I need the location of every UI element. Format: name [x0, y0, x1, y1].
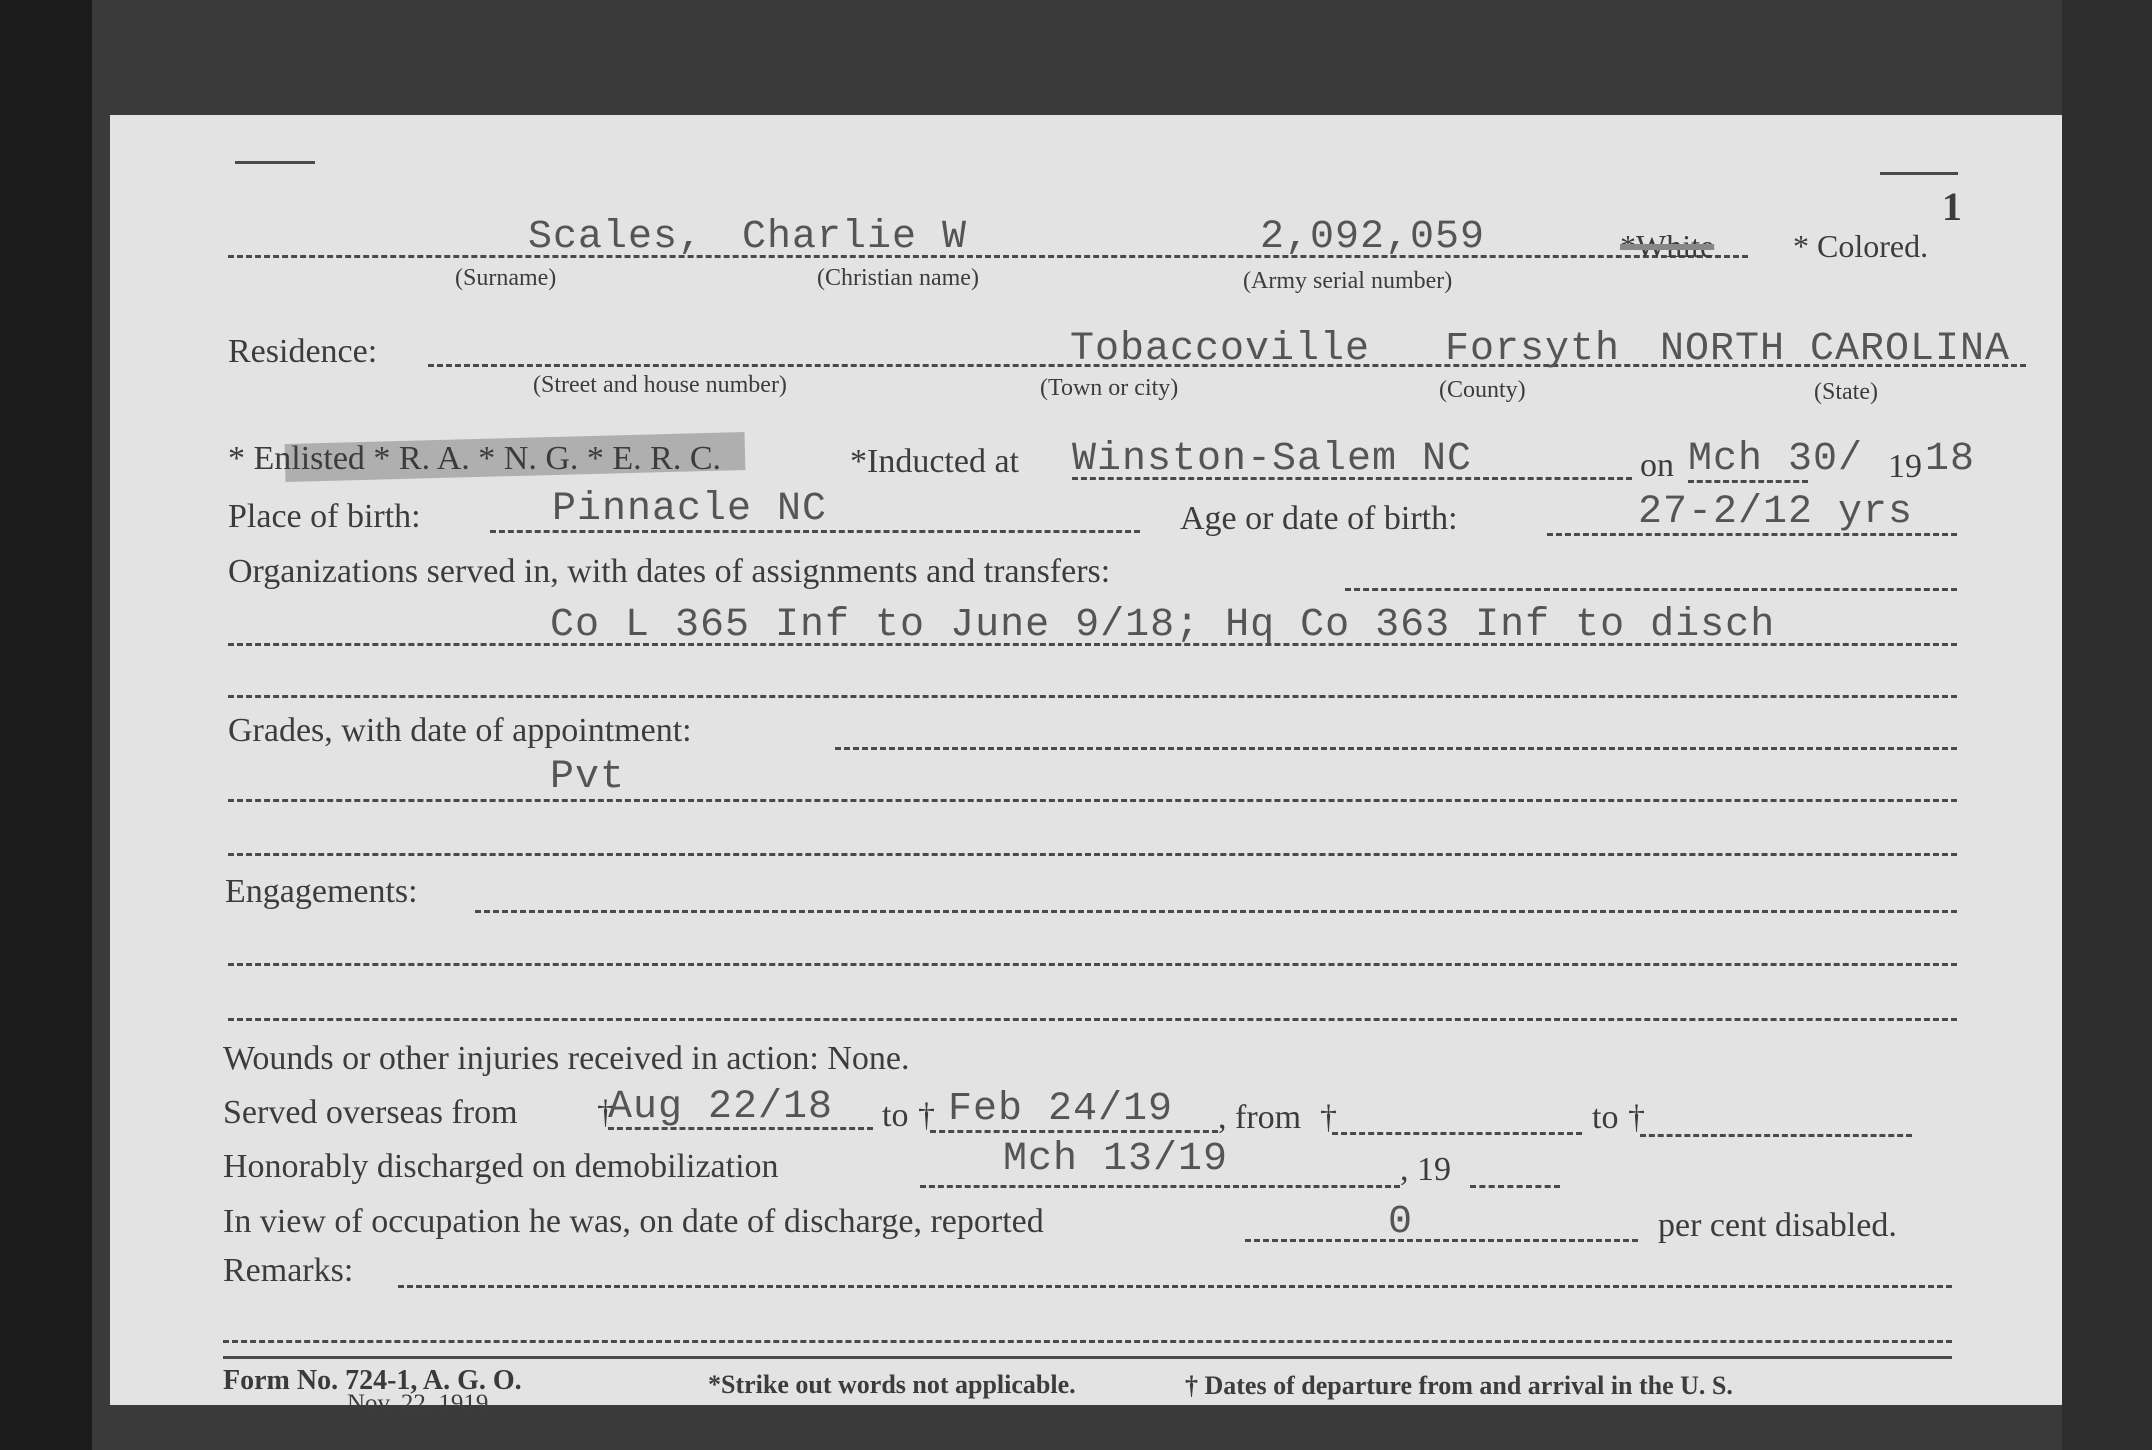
- age-value: 27-2/12 yrs: [1638, 490, 1913, 535]
- street-label: (Street and house number): [533, 372, 787, 399]
- overseas-to2-line: [1640, 1134, 1912, 1137]
- engagements-line-2: [228, 963, 1957, 966]
- surname-value: Scales,: [528, 215, 703, 260]
- service-record-card: 1 Scales, Charlie W 2,092,059 *White * C…: [110, 115, 2062, 1405]
- birthplace-value: Pinnacle NC: [552, 487, 827, 532]
- state-value: NORTH CAROLINA: [1660, 327, 2010, 372]
- form-date: Nov. 22, 1919: [347, 1390, 488, 1418]
- overseas-to2-label: to: [1592, 1099, 1618, 1137]
- remarks-label: Remarks:: [223, 1252, 353, 1290]
- overseas-from-value: Aug 22/18: [608, 1085, 833, 1130]
- race-colored: * Colored.: [1793, 228, 1928, 265]
- christian-name-value: Charlie W: [742, 215, 967, 260]
- enlistment-options: * Enlisted * R. A. * N. G. * E. R. C.: [228, 440, 721, 478]
- grades-label: Grades, with date of appointment:: [228, 712, 692, 750]
- overseas-to-label: to: [882, 1097, 908, 1135]
- engagements-line-1: [475, 910, 1957, 913]
- serial-number-value: 2,092,059: [1260, 215, 1485, 260]
- residence-label: Residence:: [228, 333, 377, 371]
- surname-label: (Surname): [455, 265, 556, 292]
- county-value: Forsyth: [1445, 327, 1620, 372]
- organizations-label: Organizations served in, with dates of a…: [228, 553, 1110, 591]
- overseas-from2-line: [1332, 1132, 1582, 1135]
- card-number-rule: [1880, 172, 1958, 175]
- organizations-value: Co L 365 Inf to June 9/18; Hq Co 363 Inf…: [550, 603, 1775, 648]
- card-number: 1: [1942, 183, 1962, 230]
- town-value: Tobaccoville: [1070, 327, 1370, 372]
- disability-percent-value: 0: [1388, 1200, 1413, 1245]
- scan-border-left: [0, 0, 92, 1450]
- footer-rule: [223, 1356, 1952, 1359]
- christian-name-label: (Christian name): [817, 265, 979, 292]
- strike-note: *Strike out words not applicable.: [708, 1370, 1076, 1400]
- grades-value: Pvt: [550, 755, 625, 800]
- grades-line-1: [835, 747, 1957, 750]
- overseas-to-value: Feb 24/19: [948, 1087, 1173, 1132]
- town-label: (Town or city): [1040, 375, 1178, 402]
- dagger-note: † Dates of departure from and arrival in…: [1185, 1371, 1733, 1401]
- inducted-year-value: 18: [1925, 437, 1975, 482]
- discharge-label: Honorably discharged on demobilization: [223, 1148, 779, 1186]
- scan-border-right: [2062, 0, 2152, 1450]
- engagements-label: Engagements:: [225, 873, 418, 911]
- organizations-line-3: [228, 695, 1957, 698]
- overseas-from2-label: , from: [1218, 1099, 1301, 1137]
- discharge-line: [920, 1185, 1400, 1188]
- race-white-struck: *White: [1620, 228, 1714, 265]
- disability-line: [1245, 1239, 1638, 1242]
- name-line: [228, 255, 1748, 258]
- corner-mark: [235, 161, 315, 164]
- disability-suffix: per cent disabled.: [1658, 1207, 1897, 1245]
- on-label: on: [1640, 447, 1674, 485]
- engagements-line-3: [228, 1018, 1957, 1021]
- inducted-at-value: Winston-Salem NC: [1072, 437, 1472, 482]
- remarks-line-1: [398, 1285, 1952, 1288]
- overseas-label: Served overseas from: [223, 1094, 518, 1132]
- wounds-text: Wounds or other injuries received in act…: [223, 1040, 910, 1078]
- inducted-date-value: Mch 30/: [1688, 437, 1863, 482]
- year-prefix: 19: [1888, 448, 1922, 486]
- organizations-line-1: [1345, 588, 1957, 591]
- discharge-year-suffix: , 19: [1400, 1151, 1451, 1189]
- age-label: Age or date of birth:: [1180, 500, 1458, 538]
- discharge-date-value: Mch 13/19: [1003, 1137, 1228, 1182]
- state-label: (State): [1814, 379, 1878, 406]
- grades-line-2: [228, 799, 1957, 802]
- remarks-line-2: [223, 1340, 1952, 1343]
- birthplace-label: Place of birth:: [228, 498, 421, 536]
- county-label: (County): [1439, 377, 1526, 404]
- grades-line-3: [228, 853, 1957, 856]
- serial-number-label: (Army serial number): [1243, 268, 1452, 295]
- discharge-year-line: [1470, 1185, 1560, 1188]
- inducted-label: *Inducted at: [850, 443, 1019, 481]
- disability-label: In view of occupation he was, on date of…: [223, 1203, 1044, 1241]
- dagger-mark-4: †: [1628, 1099, 1645, 1137]
